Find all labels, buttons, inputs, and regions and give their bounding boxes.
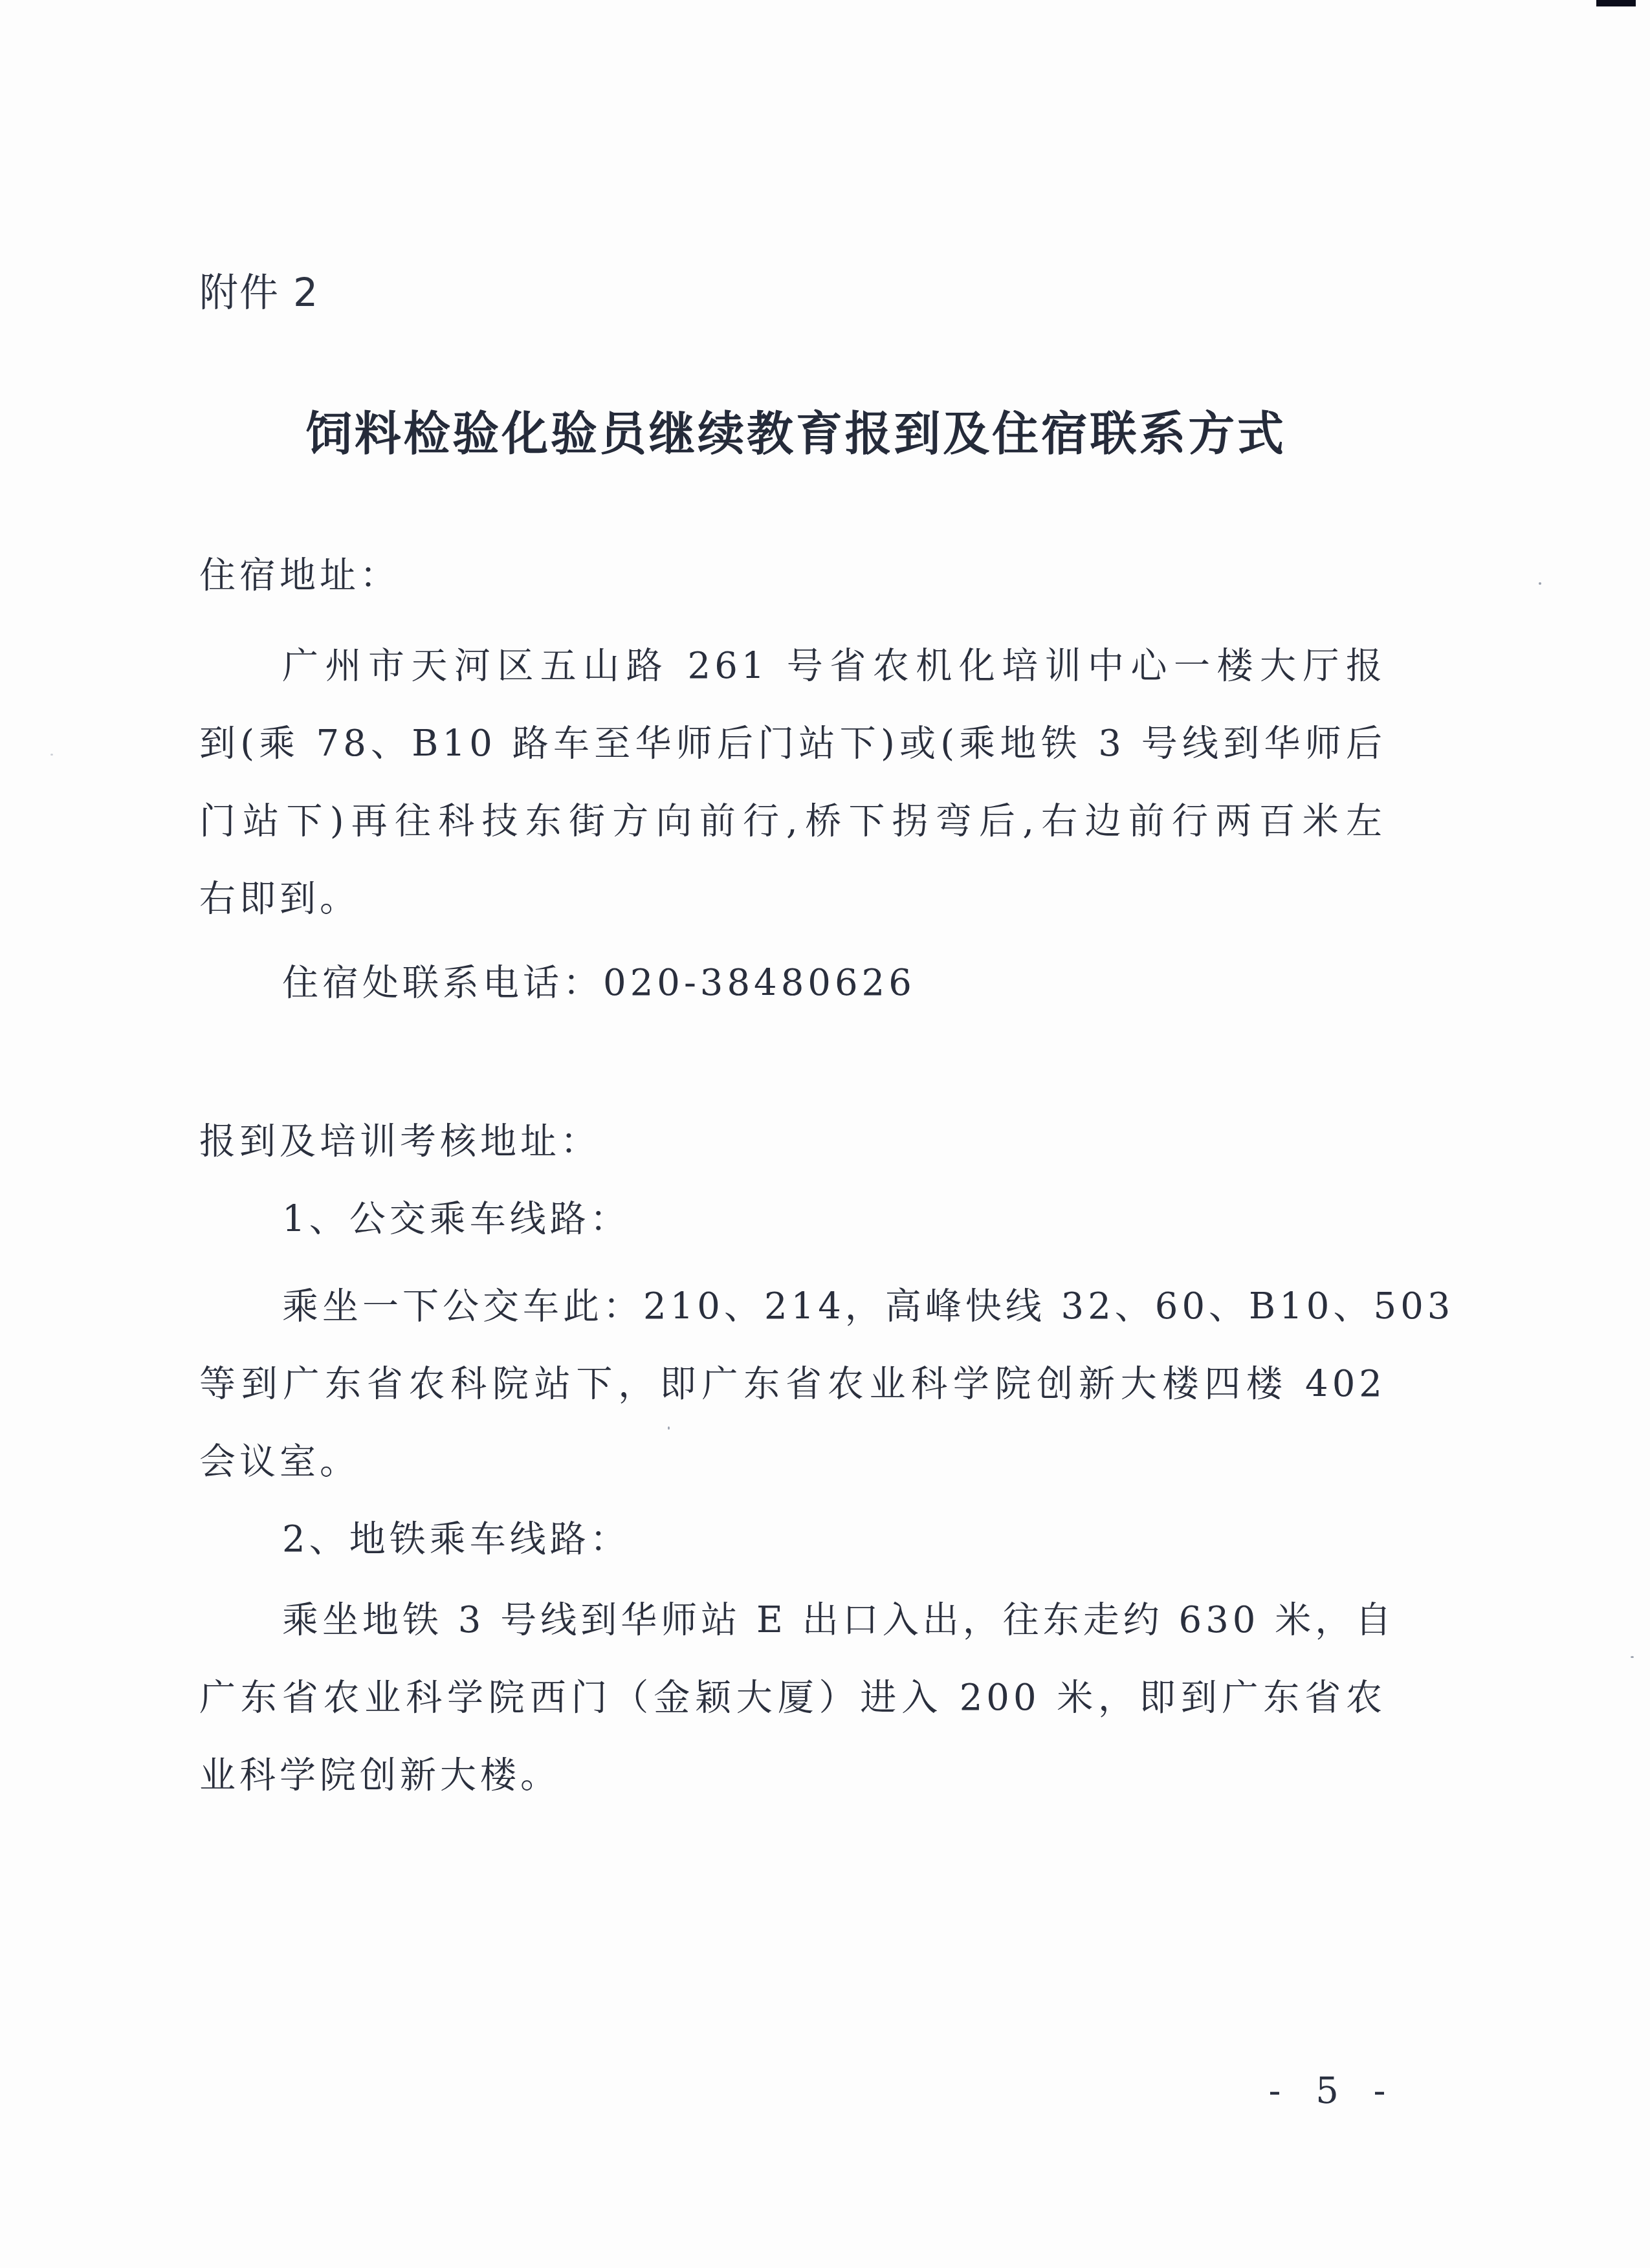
phone-number: 020-38480626: [603, 962, 916, 1004]
bus-route-line: 乘坐一下公交车此：210、214，高峰快线 32、60、B10、503: [282, 1284, 1386, 1329]
bus-route-line: 会议室。: [199, 1439, 1386, 1485]
subway-route-line: 乘坐地铁 3 号线到华师站 E 出口入出，往东走约 630 米，自: [282, 1598, 1386, 1643]
bus-route-line: 等到广东省农科院站下，即广东省农业科学院创新大楼四楼 402: [199, 1362, 1386, 1407]
phone-label: 住宿处联系电话：: [282, 962, 603, 1004]
bus-route-heading: 1、公交乘车线路：: [282, 1197, 1386, 1242]
page-number: - 5 -: [1268, 2069, 1398, 2114]
accommodation-paragraph-line: 门站下)再往科技东街方向前行,桥下拐弯后,右边前行两百米左: [199, 799, 1386, 844]
accommodation-paragraph-line: 右即到。: [199, 877, 1386, 922]
accommodation-paragraph-line: 广州市天河区五山路 261 号省农机化培训中心一楼大厅报: [282, 644, 1386, 689]
scan-speck: [50, 754, 53, 756]
scan-speck: [668, 1426, 670, 1430]
attachment-label: 附件 2: [199, 268, 319, 318]
scan-speck: [1631, 1656, 1634, 1658]
document-page: 附件 2 饲料检验化验员继续教育报到及住宿联系方式 住宿地址： 广州市天河区五山…: [0, 0, 1650, 2268]
subway-route-line: 业科学院创新大楼。: [199, 1753, 1386, 1798]
accommodation-heading: 住宿地址：: [199, 553, 1386, 598]
accommodation-phone: 住宿处联系电话：020-38480626: [282, 961, 1386, 1006]
scan-corner-mark: [1596, 0, 1636, 6]
registration-heading: 报到及培训考核地址：: [199, 1119, 1386, 1164]
scan-speck: [1539, 582, 1541, 585]
subway-route-line: 广东省农业科学院西门（金颖大厦）进入 200 米，即到广东省农: [199, 1675, 1386, 1721]
document-title: 饲料检验化验员继续教育报到及住宿联系方式: [305, 406, 1284, 461]
subway-route-heading: 2、地铁乘车线路：: [282, 1517, 1386, 1562]
accommodation-paragraph-line: 到(乘 78、B10 路车至华师后门站下)或(乘地铁 3 号线到华师后: [199, 721, 1386, 767]
